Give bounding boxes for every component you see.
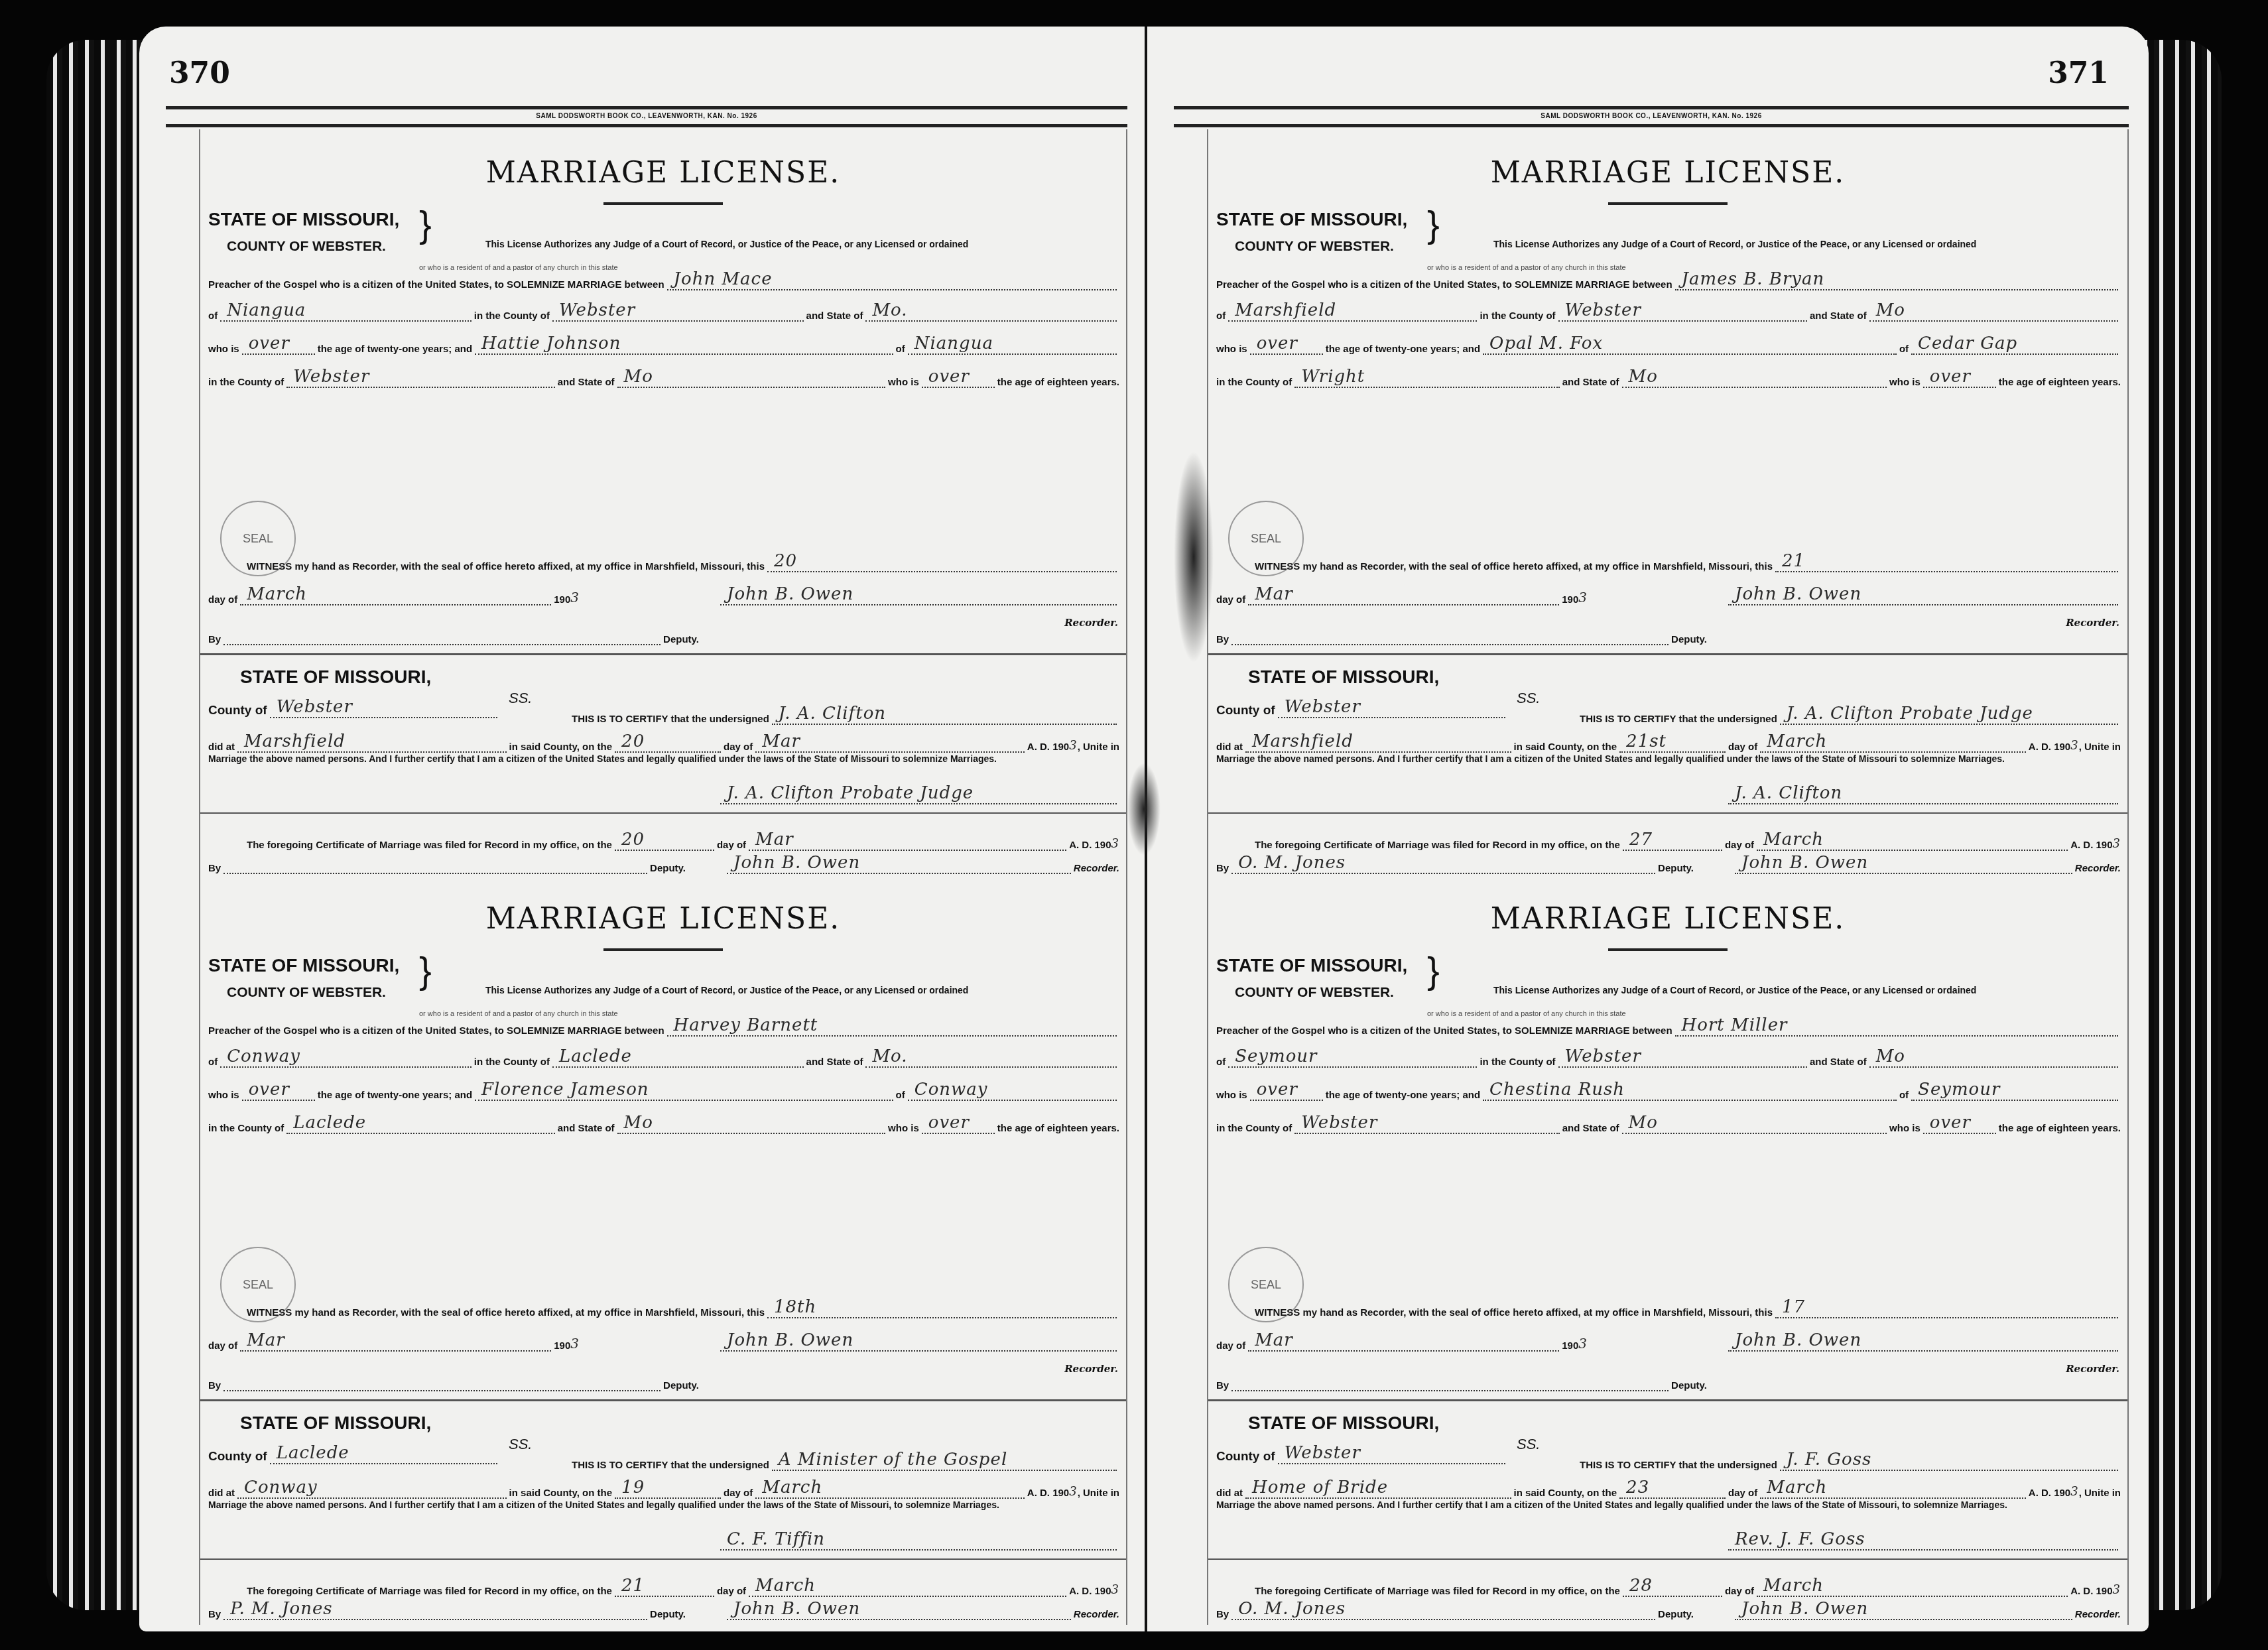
form-text: day of xyxy=(1216,1340,1245,1352)
section-divider xyxy=(200,1399,1126,1401)
brace: } xyxy=(1427,952,1440,989)
officiant-signature-line: C. F. Tiffin xyxy=(718,1532,1119,1551)
form-text: Niangua xyxy=(227,300,306,320)
page-edges-left xyxy=(46,40,146,1610)
form-text: 21 xyxy=(1782,551,1805,571)
form-field: March xyxy=(755,1480,1025,1499)
form-text: did at xyxy=(208,741,235,753)
form-text: A. D. 190 xyxy=(1069,840,1111,851)
form-field: John B. Owen xyxy=(727,856,1071,874)
form-field: 20 xyxy=(615,832,714,851)
form-text: Laclede xyxy=(559,1047,632,1066)
form-text: the age of eighteen years. xyxy=(997,377,1119,388)
form-text: Deputy. xyxy=(1658,863,1694,874)
scan-smudge xyxy=(1127,763,1161,856)
ss-label: SS. xyxy=(1517,690,1540,707)
ceremony-line: did atMarshfield in said County, on the2… xyxy=(1216,734,2121,753)
form-text: in the County of xyxy=(208,377,284,388)
bride-line: who isover the age of twenty-one years; … xyxy=(1216,336,2121,355)
form-text: J. A. Clifton Probate Judge xyxy=(1787,704,2033,724)
form-text: THIS IS TO CERTIFY that the undersigned xyxy=(572,1460,769,1471)
form-text: Mar xyxy=(1255,584,1293,604)
certificate-body: Marriage the above named persons. And I … xyxy=(208,1499,1119,1511)
section-divider xyxy=(1208,653,2127,655)
form-text: Harvey Barnett xyxy=(674,1015,818,1035)
form-text: 27 xyxy=(1629,830,1653,850)
form-text: and State of xyxy=(558,1123,615,1134)
form-field: Wright xyxy=(1294,369,1560,388)
form-text: in the County of xyxy=(474,310,550,322)
certificate-body: Marriage the above named persons. And I … xyxy=(208,753,1119,765)
form-text: This License Authorizes any Judge of a C… xyxy=(1493,239,1976,249)
form-text: Conway xyxy=(244,1478,318,1497)
form-text: 18th xyxy=(774,1297,816,1317)
form-field: Mar xyxy=(755,734,1025,753)
form-field: 27 xyxy=(1623,832,1722,851)
form-text: 190 xyxy=(1562,1340,1578,1352)
form-text: THIS IS TO CERTIFY that the undersigned xyxy=(1580,714,1777,725)
form-text: Mar xyxy=(247,1330,285,1350)
form-text: Preacher of the Gospel who is a citizen … xyxy=(1216,1025,1672,1037)
form-frame: MARRIAGE LICENSE. STATE OF MISSOURI, } C… xyxy=(1207,129,2129,1625)
form-text: day of xyxy=(1728,741,1757,753)
form-text: A. D. 190 xyxy=(2029,1488,2070,1499)
insert-text: or who is a resident of and a pastor of … xyxy=(419,264,618,272)
authorization-text: This License Authorizes any Judge of a C… xyxy=(1493,985,2121,995)
ceremony-line: did atHome of Bride in said County, on t… xyxy=(1216,1480,2121,1499)
officiant-signature-line: J. A. Clifton Probate Judge xyxy=(718,786,1119,804)
form-text: Mar xyxy=(1255,1330,1293,1350)
form-text: WITNESS my hand as Recorder, with the se… xyxy=(1255,561,1773,572)
form-field: Mar xyxy=(749,832,1066,851)
form-field: Niangua xyxy=(220,303,472,322)
form-text: over xyxy=(249,334,290,353)
form-text: over xyxy=(928,367,970,387)
officiant-line: THIS IS TO CERTIFY that the undersignedJ… xyxy=(1580,706,2121,725)
deputy-line: ByDeputy. xyxy=(1216,627,1707,645)
form-field: 19 xyxy=(615,1480,721,1499)
certificate-body: Marriage the above named persons. And I … xyxy=(1216,753,2121,765)
certificate-county-line: County ofLaclede xyxy=(208,1446,500,1464)
authorization-text: This License Authorizes any Judge of a C… xyxy=(485,985,1119,995)
form-text: Webster xyxy=(1565,300,1641,320)
form-text: of xyxy=(896,344,905,355)
form-field: Mar xyxy=(1248,587,1559,605)
form-text: of xyxy=(1216,310,1226,322)
form-text: Mo xyxy=(624,1113,653,1133)
form-field: over xyxy=(242,1082,315,1101)
form-text: THIS IS TO CERTIFY that the undersigned xyxy=(572,714,769,725)
form-text: John B. Owen xyxy=(1741,853,1868,873)
form-field: Conway xyxy=(237,1480,507,1499)
form-field: Webster xyxy=(1558,303,1807,322)
form-text: who is xyxy=(888,377,919,388)
filed-recorder-line: John B. OwenRecorder. xyxy=(724,856,1119,874)
form-text: , Unite in xyxy=(2079,1488,2121,1499)
form-field: J. A. Clifton xyxy=(772,706,1117,725)
form-text: Webster xyxy=(559,300,635,320)
form-text: Mo xyxy=(624,367,653,387)
form-text: 190 xyxy=(554,594,570,605)
filed-deputy-line: ByO. M. JonesDeputy. xyxy=(1216,1602,1694,1620)
county-heading: COUNTY OF WEBSTER. xyxy=(1235,985,1394,1001)
recorder-signature-line: John B. Owen xyxy=(718,587,1119,605)
form-text: A. D. 190 xyxy=(1027,1488,1069,1499)
witness-line: WITNESS my hand as Recorder, with the se… xyxy=(1255,554,2121,572)
form-field: March xyxy=(240,587,551,605)
form-text: Mo. xyxy=(872,300,907,320)
form-text: John B. Owen xyxy=(733,853,860,873)
form-field: Mo xyxy=(1869,1049,2118,1068)
form-text: 3 xyxy=(2070,1485,2078,1499)
form-text: Preacher of the Gospel who is a citizen … xyxy=(208,1025,664,1037)
form-field: John B. Owen xyxy=(1728,1333,2118,1352)
form-text: of xyxy=(1216,1056,1226,1068)
form-field: Chestina Rush xyxy=(1483,1082,1897,1101)
form-field: over xyxy=(922,1115,995,1134)
form-text: The foregoing Certificate of Marriage wa… xyxy=(1255,840,1620,851)
officiant-line: THIS IS TO CERTIFY that the undersignedJ… xyxy=(572,706,1119,725)
form-text: A. D. 190 xyxy=(2029,741,2070,753)
form-text: Wright xyxy=(1301,367,1365,387)
form-text: This License Authorizes any Judge of a C… xyxy=(485,985,968,995)
form-text: Preacher of the Gospel who is a citizen … xyxy=(1216,279,1672,290)
form-field: Florence Jameson xyxy=(475,1082,893,1101)
officiant-line: THIS IS TO CERTIFY that the undersignedA… xyxy=(572,1452,1119,1471)
county-heading: COUNTY OF WEBSTER. xyxy=(227,985,386,1001)
form-field: March xyxy=(1760,1480,2026,1499)
bride-county-line: in the County ofWright and State ofMo wh… xyxy=(1216,369,2121,388)
form-text: day of xyxy=(208,1340,237,1352)
form-text: of xyxy=(208,310,218,322)
form-field: 23 xyxy=(1619,1480,1726,1499)
form-text: This License Authorizes any Judge of a C… xyxy=(1493,985,1976,995)
form-text: J. F. Goss xyxy=(1787,1450,1872,1470)
page-right: 371SAML DODSWORTH BOOK CO., LEAVENWORTH,… xyxy=(1147,27,2149,1631)
ledger-book: 370SAML DODSWORTH BOOK CO., LEAVENWORTH,… xyxy=(0,0,2268,1650)
form-text: 3 xyxy=(1111,1583,1119,1597)
form-text: , Unite in xyxy=(1078,1488,1119,1499)
form-field: Home of Bride xyxy=(1245,1480,1511,1499)
certificate-county-line: County ofWebster xyxy=(1216,1446,1508,1464)
form-field: John B. Owen xyxy=(1735,1602,2072,1620)
marriage-license: MARRIAGE LICENSE. STATE OF MISSOURI, } C… xyxy=(1208,129,2127,875)
form-text: over xyxy=(1257,1080,1298,1100)
form-field: over xyxy=(1923,1115,1996,1134)
certificate-state-heading: STATE OF MISSOURI, xyxy=(1248,666,1439,688)
ss-label: SS. xyxy=(1517,1436,1540,1453)
filed-deputy-line: ByDeputy. xyxy=(208,856,686,874)
state-heading: STATE OF MISSOURI, xyxy=(1216,955,1407,976)
section-divider xyxy=(1208,1558,2127,1560)
form-text: 21 xyxy=(621,1576,645,1596)
form-text: Deputy. xyxy=(650,1609,686,1620)
groom-name-field: Harvey Barnett xyxy=(667,1018,1117,1037)
form-text: A. D. 190 xyxy=(1069,1586,1111,1597)
form-text: over xyxy=(1257,334,1298,353)
form-text: March xyxy=(1767,731,1827,751)
title-rule xyxy=(603,202,723,205)
filed-recorder-line: John B. OwenRecorder. xyxy=(1732,1602,2121,1620)
witness-line: WITNESS my hand as Recorder, with the se… xyxy=(247,1300,1119,1318)
form-text: John Mace xyxy=(674,269,773,289)
form-text: in the County of xyxy=(1480,310,1555,322)
form-text: Mo xyxy=(1629,367,1658,387)
form-field: Webster xyxy=(270,700,497,718)
filed-line: The foregoing Certificate of Marriage wa… xyxy=(1255,832,2121,851)
form-field: Mo xyxy=(617,1115,886,1134)
form-text: in said County, on the xyxy=(1514,741,1617,753)
form-field: Seymour xyxy=(1911,1082,2118,1101)
form-field: 20 xyxy=(615,734,721,753)
marriage-license: MARRIAGE LICENSE. STATE OF MISSOURI, } C… xyxy=(1208,875,2127,1612)
form-text: The foregoing Certificate of Marriage wa… xyxy=(1255,1586,1620,1597)
form-text: day of xyxy=(1725,840,1754,851)
form-field: Marshfield xyxy=(1228,303,1477,322)
form-text: did at xyxy=(208,1488,235,1499)
form-text: 3 xyxy=(570,590,580,605)
form-text: day of xyxy=(717,1586,746,1597)
form-text: Laclede xyxy=(277,1443,349,1463)
groom-line: Preacher of the Gospel who is a citizen … xyxy=(1216,1018,2121,1037)
title-rule xyxy=(1608,948,1728,951)
form-text: March xyxy=(762,1478,822,1497)
groom-residence-line: ofSeymour in the County ofWebster and St… xyxy=(1216,1049,2121,1068)
section-divider xyxy=(200,653,1126,655)
form-text: John B. Owen xyxy=(1741,1599,1868,1619)
form-text: County of xyxy=(1216,704,1275,718)
form-text: 23 xyxy=(1626,1478,1649,1497)
form-text: and State of xyxy=(1810,1056,1867,1068)
form-field: A Minister of the Gospel xyxy=(772,1452,1117,1471)
marriage-license: MARRIAGE LICENSE. STATE OF MISSOURI, } C… xyxy=(200,875,1126,1612)
form-text: WITNESS my hand as Recorder, with the se… xyxy=(1255,1307,1773,1318)
section-divider xyxy=(1208,1399,2127,1401)
deputy-line: ByDeputy. xyxy=(208,1373,699,1391)
form-field: C. F. Tiffin xyxy=(720,1532,1117,1551)
scan-smudge xyxy=(1174,451,1214,663)
recorder-signature-line: John B. Owen xyxy=(1726,587,2121,605)
form-text: day of xyxy=(717,840,746,851)
form-field: Mo xyxy=(1622,1115,1887,1134)
form-text: Mar xyxy=(755,830,794,850)
brace: } xyxy=(419,952,432,989)
form-frame: MARRIAGE LICENSE. STATE OF MISSOURI, } C… xyxy=(199,129,1127,1625)
form-text: who is xyxy=(1889,377,1921,388)
form-text: This License Authorizes any Judge of a C… xyxy=(485,239,968,249)
form-field: Hattie Johnson xyxy=(475,336,893,355)
form-text: 3 xyxy=(2113,837,2121,851)
form-text: day of xyxy=(1728,1488,1757,1499)
form-text: and State of xyxy=(558,377,615,388)
form-field: Mo. xyxy=(865,1049,1117,1068)
form-text: 3 xyxy=(1578,1336,1588,1352)
form-text: Webster xyxy=(293,367,369,387)
witness-date-line: day ofMar1903 xyxy=(1216,1333,1588,1352)
groom-residence-line: ofMarshfield in the County ofWebster and… xyxy=(1216,303,2121,322)
form-text: Deputy. xyxy=(650,863,686,874)
form-field: Niangua xyxy=(908,336,1117,355)
form-field: Mar xyxy=(240,1333,551,1352)
form-text: A. D. 190 xyxy=(2070,1586,2112,1597)
form-text: 20 xyxy=(774,551,797,571)
recorder-label: Recorder. xyxy=(1064,1363,1118,1375)
form-field: J. A. Clifton Probate Judge xyxy=(720,786,1117,804)
groom-line: Preacher of the Gospel who is a citizen … xyxy=(1216,272,2121,290)
form-field: over xyxy=(922,369,995,388)
form-text: 3 xyxy=(570,1336,580,1352)
form-text: March xyxy=(247,584,307,604)
form-text: By xyxy=(208,1380,221,1391)
form-text: Recorder. xyxy=(1074,863,1119,874)
form-text: Preacher of the Gospel who is a citizen … xyxy=(208,279,664,290)
section-divider xyxy=(200,1558,1126,1560)
form-text: Deputy. xyxy=(1671,634,1707,645)
form-text: Marshfield xyxy=(244,731,346,751)
title-rule xyxy=(1608,202,1728,205)
form-field: Mo xyxy=(1869,303,2118,322)
form-text: A Minister of the Gospel xyxy=(779,1450,1007,1470)
groom-residence-line: ofNiangua in the County ofWebster and St… xyxy=(208,303,1119,322)
form-text: A. D. 190 xyxy=(1027,741,1069,753)
form-text: Recorder. xyxy=(2075,863,2121,874)
form-field: Mar xyxy=(1248,1333,1559,1352)
recorder-signature-line: John B. Owen xyxy=(718,1333,1119,1352)
form-text: of xyxy=(1899,1090,1909,1101)
form-text: Conway xyxy=(227,1047,300,1066)
form-text: Marshfield xyxy=(1235,300,1336,320)
form-text: O. M. Jones xyxy=(1238,853,1346,873)
section-divider xyxy=(200,812,1126,814)
form-text: WITNESS my hand as Recorder, with the se… xyxy=(247,561,765,572)
form-field: J. A. Clifton xyxy=(1728,786,2118,804)
form-text: 3 xyxy=(1069,739,1077,753)
form-text: J. A. Clifton xyxy=(1735,783,1842,803)
certificate-state-heading: STATE OF MISSOURI, xyxy=(240,1413,431,1434)
brace: } xyxy=(419,206,432,243)
form-field: P. M. Jones xyxy=(223,1602,647,1620)
insert-text: or who is a resident of and a pastor of … xyxy=(1427,264,1626,272)
recorder-label: Recorder. xyxy=(2066,1363,2119,1375)
page-left: 370SAML DODSWORTH BOOK CO., LEAVENWORTH,… xyxy=(139,27,1147,1631)
form-text: Mo xyxy=(1629,1113,1658,1133)
form-text: day of xyxy=(1725,1586,1754,1597)
form-field: Webster xyxy=(1294,1115,1560,1134)
filed-deputy-line: ByP. M. JonesDeputy. xyxy=(208,1602,686,1620)
form-text: 19 xyxy=(621,1478,645,1497)
form-field: J. A. Clifton Probate Judge xyxy=(1780,706,2118,725)
form-text: of xyxy=(896,1090,905,1101)
form-text: of xyxy=(1899,344,1909,355)
bride-line: who isover the age of twenty-one years; … xyxy=(208,336,1119,355)
form-field: 20 xyxy=(767,554,1117,572)
form-text: Hattie Johnson xyxy=(481,334,621,353)
form-field: Webster xyxy=(286,369,555,388)
form-text: Cedar Gap xyxy=(1918,334,2017,353)
form-text: 3 xyxy=(2113,1583,2121,1597)
form-text: the age of eighteen years. xyxy=(997,1123,1119,1134)
witness-date-line: day ofMar1903 xyxy=(208,1333,580,1352)
form-text: Webster xyxy=(1565,1047,1641,1066)
witness-line: WITNESS my hand as Recorder, with the se… xyxy=(1255,1300,2121,1318)
brace: } xyxy=(1427,206,1440,243)
form-text: over xyxy=(249,1080,290,1100)
form-field: Webster xyxy=(552,303,804,322)
form-text: in the County of xyxy=(1480,1056,1555,1068)
page-number: 371 xyxy=(2048,56,2109,90)
form-text: who is xyxy=(208,344,239,355)
page-number: 370 xyxy=(169,56,230,90)
form-field: John B. Owen xyxy=(1728,587,2118,605)
form-text: in the County of xyxy=(1216,1123,1292,1134)
filed-recorder-line: John B. OwenRecorder. xyxy=(724,1602,1119,1620)
filed-line: The foregoing Certificate of Marriage wa… xyxy=(247,1578,1119,1597)
form-text: in said County, on the xyxy=(1514,1488,1617,1499)
license-title: MARRIAGE LICENSE. xyxy=(200,902,1126,936)
form-field: Mo xyxy=(1622,369,1887,388)
form-field: 17 xyxy=(1775,1300,2118,1318)
ss-label: SS. xyxy=(509,1436,532,1453)
form-field: O. M. Jones xyxy=(1231,856,1655,874)
form-text: Mo xyxy=(1876,1047,1905,1066)
form-text: day of xyxy=(724,1488,753,1499)
form-text: and State of xyxy=(806,310,863,322)
license-title: MARRIAGE LICENSE. xyxy=(1208,156,2127,190)
form-text: 20 xyxy=(621,731,645,751)
certificate-body: Marriage the above named persons. And I … xyxy=(1216,1499,2121,1511)
filed-line: The foregoing Certificate of Marriage wa… xyxy=(1255,1578,2121,1597)
form-field: over xyxy=(1250,336,1323,355)
form-text: Mo. xyxy=(872,1047,907,1066)
state-heading: STATE OF MISSOURI, xyxy=(1216,209,1407,230)
form-text: County of xyxy=(208,704,267,718)
form-text: the age of eighteen years. xyxy=(1999,377,2121,388)
form-field: 21 xyxy=(1775,554,2118,572)
form-text: who is xyxy=(1216,1090,1247,1101)
witness-date-line: day ofMar1903 xyxy=(1216,587,1588,605)
form-text: who is xyxy=(888,1123,919,1134)
form-text: Marshfield xyxy=(1252,731,1354,751)
form-field xyxy=(223,1373,661,1391)
form-field: Webster xyxy=(1278,1446,1505,1464)
form-text: By xyxy=(1216,1380,1229,1391)
form-text: 3 xyxy=(2070,739,2078,753)
form-text: 3 xyxy=(1069,1485,1077,1499)
form-field: Mo. xyxy=(865,303,1117,322)
form-field: over xyxy=(1923,369,1996,388)
certificate-county-line: County ofWebster xyxy=(1216,700,1508,718)
form-text: Webster xyxy=(1285,1443,1361,1463)
filed-deputy-line: ByO. M. JonesDeputy. xyxy=(1216,856,1694,874)
witness-line: WITNESS my hand as Recorder, with the se… xyxy=(247,554,1119,572)
form-field xyxy=(223,627,661,645)
form-text: By xyxy=(208,1609,221,1620)
form-text: Rev. J. F. Goss xyxy=(1735,1529,1865,1549)
form-text: Chestina Rush xyxy=(1489,1080,1625,1100)
form-text: John B. Owen xyxy=(733,1599,860,1619)
form-text: 3 xyxy=(1578,590,1588,605)
form-text: Home of Bride xyxy=(1252,1478,1388,1497)
form-text: James B. Bryan xyxy=(1682,269,1825,289)
form-text: 17 xyxy=(1782,1297,1805,1317)
certificate-state-heading: STATE OF MISSOURI, xyxy=(240,666,431,688)
insert-text: or who is a resident of and a pastor of … xyxy=(1427,1010,1626,1018)
form-text: 20 xyxy=(621,830,645,850)
form-text: By xyxy=(1216,1609,1229,1620)
form-text: By xyxy=(208,634,221,645)
form-text: Webster xyxy=(1285,697,1361,717)
form-text: Mar xyxy=(762,731,800,751)
